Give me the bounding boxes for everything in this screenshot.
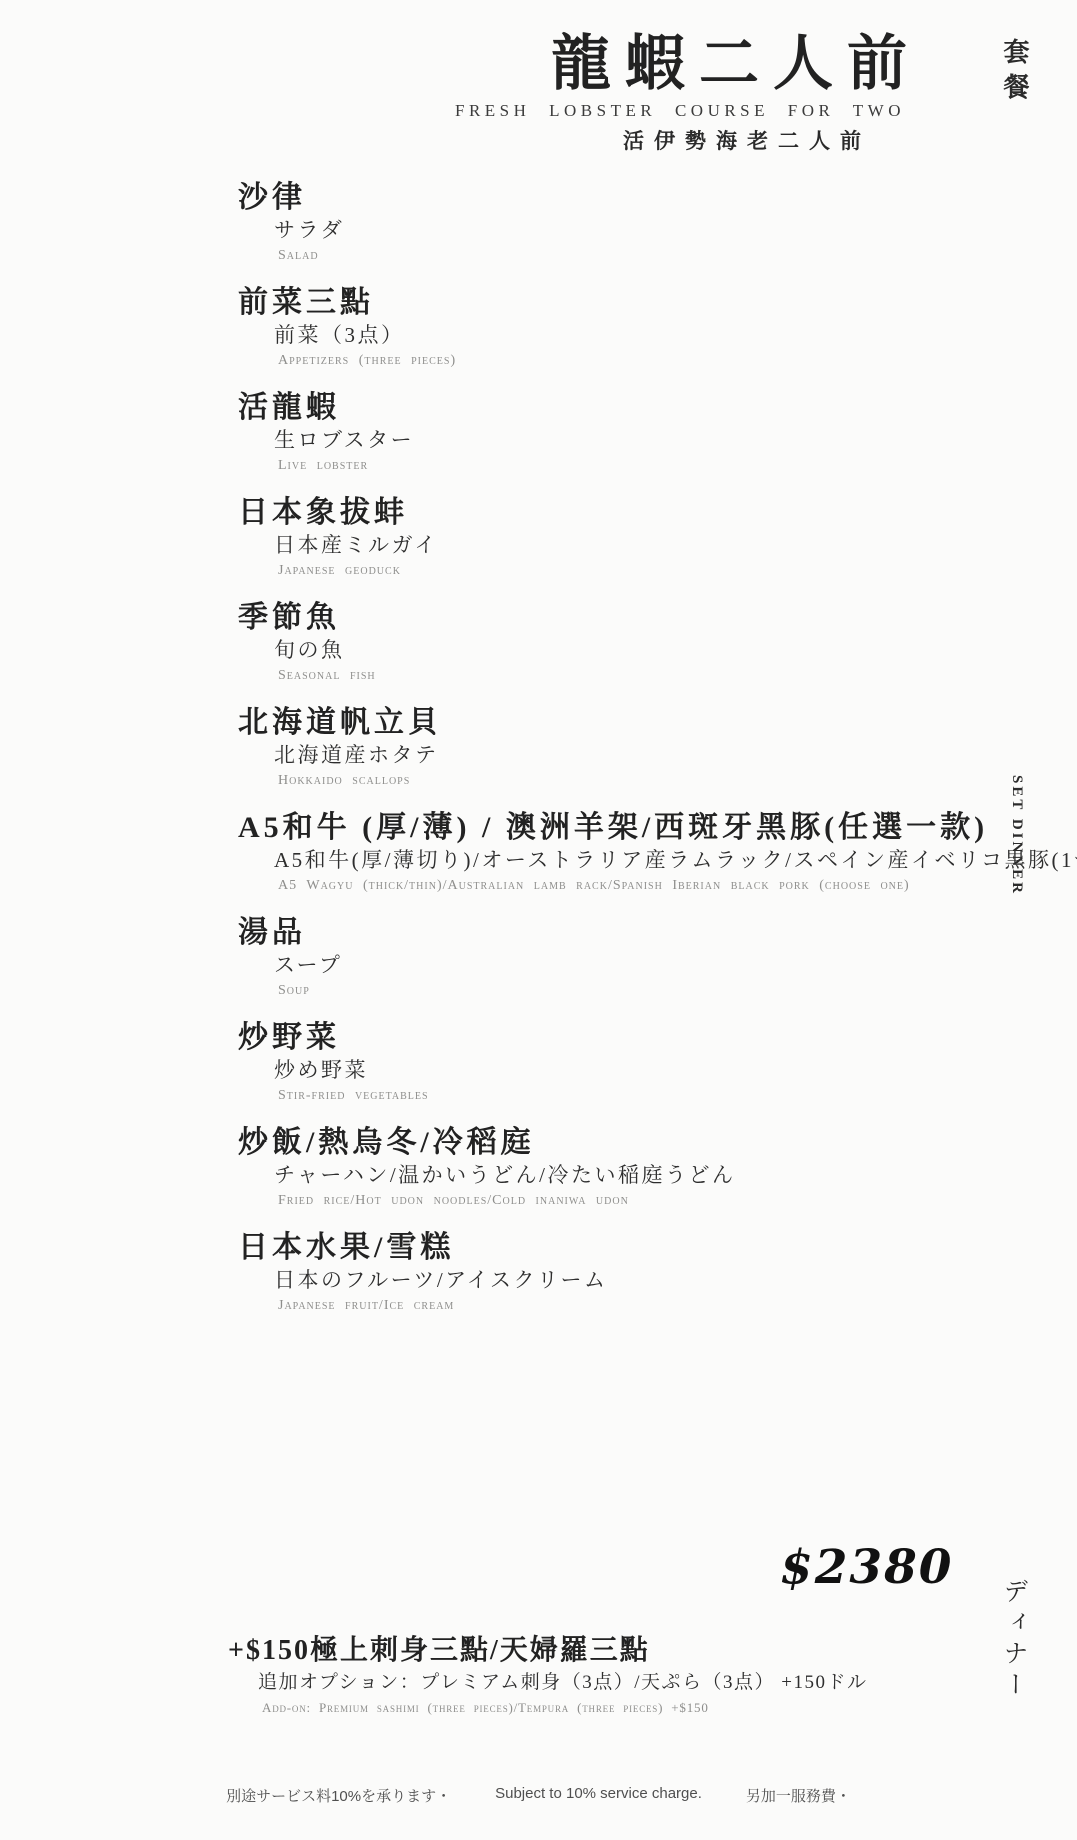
course-name-ja: 日本産ミルガイ <box>274 530 998 561</box>
addon-en: Add-on: Premium sashimi (three pieces)/T… <box>262 1698 867 1718</box>
course-item-stir-fried-vegetables: 炒野菜 炒め野菜 Stir-fried vegetables <box>238 1020 998 1106</box>
menu-subtitle-en: FRESH LOBSTER COURSE FOR TWO <box>455 101 905 121</box>
set-price: $2380 <box>780 1540 954 1595</box>
course-item-live-lobster: 活龍蝦 生ロブスター Live lobster <box>238 390 998 476</box>
course-name-ja: チャーハン/温かいうどん/冷たい稲庭うどん <box>274 1160 998 1191</box>
course-name-ja: 生ロブスター <box>274 425 998 456</box>
course-name-en: Fried rice/Hot udon noodles/Cold inaniwa… <box>278 1191 998 1211</box>
course-item-fruit-ice-cream: 日本水果/雪糕 日本のフルーツ/アイスクリーム Japanese fruit/I… <box>238 1230 998 1316</box>
service-charge-zh: 另加一服務費・ <box>746 1785 851 1806</box>
course-name-en: Stir-fried vegetables <box>278 1086 998 1106</box>
course-name-zh: 活龍蝦 <box>238 390 998 425</box>
course-name-en: Japanese geoduck <box>278 561 998 581</box>
course-name-zh: 湯品 <box>238 915 998 950</box>
service-charge-en: Subject to 10% service charge. <box>495 1785 702 1806</box>
side-label-set-meal-zh: 套餐 <box>996 38 1033 108</box>
course-name-zh: 沙律 <box>238 180 998 215</box>
course-name-ja: 北海道産ホタテ <box>274 740 998 771</box>
course-item-salad: 沙律 サラダ Salad <box>238 180 998 266</box>
addon-ja: 追加オプション：プレミアム刺身（3点）/天ぷら（3点） +150ドル <box>258 1668 867 1698</box>
course-item-geoduck: 日本象拔蚌 日本産ミルガイ Japanese geoduck <box>238 495 998 581</box>
course-item-hokkaido-scallops: 北海道帆立貝 北海道産ホタテ Hokkaido scallops <box>238 705 998 791</box>
menu-subtitle-ja: 活伊勢海老二人前 <box>455 125 871 155</box>
addon-section: +$150極上刺身三點/天婦羅三點 追加オプション：プレミアム刺身（3点）/天ぷ… <box>228 1634 867 1718</box>
course-name-en: Hokkaido scallops <box>278 771 998 791</box>
course-name-en: Salad <box>278 246 998 266</box>
course-name-zh: 日本象拔蚌 <box>238 495 998 530</box>
side-label-dinner-ja: ディナー <box>995 1578 1031 1702</box>
course-name-zh: A5和牛 (厚/薄) / 澳洲羊架/西斑牙黑豚(任選一款) <box>238 810 998 845</box>
course-item-wagyu-lamb-pork: A5和牛 (厚/薄) / 澳洲羊架/西斑牙黑豚(任選一款) A5和牛(厚/薄切り… <box>238 810 998 896</box>
course-item-rice-udon: 炒飯/熱烏冬/冷稻庭 チャーハン/温かいうどん/冷たい稲庭うどん Fried r… <box>238 1125 998 1211</box>
course-name-ja: スープ <box>274 950 998 981</box>
course-list: 沙律 サラダ Salad 前菜三點 前菜（3点） Appetizers (thr… <box>238 180 998 1335</box>
course-name-zh: 炒野菜 <box>238 1020 998 1055</box>
course-name-en: Japanese fruit/Ice cream <box>278 1296 998 1316</box>
course-name-ja: 旬の魚 <box>274 635 998 666</box>
course-name-en: Seasonal fish <box>278 666 998 686</box>
service-charge-note: 別途サービス料10%を承ります・ Subject to 10% service … <box>0 1785 1077 1806</box>
menu-title-zh: 龍蝦二人前 <box>455 30 921 99</box>
course-name-ja: 前菜（3点） <box>274 320 998 351</box>
course-item-appetizers: 前菜三點 前菜（3点） Appetizers (three pieces) <box>238 285 998 371</box>
course-name-zh: 前菜三點 <box>238 285 998 320</box>
course-item-soup: 湯品 スープ Soup <box>238 915 998 1001</box>
course-name-zh: 炒飯/熱烏冬/冷稻庭 <box>238 1125 998 1160</box>
addon-zh: +$150極上刺身三點/天婦羅三點 <box>228 1634 867 1668</box>
menu-header: 龍蝦二人前 FRESH LOBSTER COURSE FOR TWO 活伊勢海老… <box>455 30 907 155</box>
course-name-zh: 日本水果/雪糕 <box>238 1230 998 1265</box>
course-name-ja: 日本のフルーツ/アイスクリーム <box>274 1265 998 1296</box>
course-name-zh: 季節魚 <box>238 600 998 635</box>
course-name-zh: 北海道帆立貝 <box>238 705 998 740</box>
course-name-en: Live lobster <box>278 456 998 476</box>
service-charge-ja: 別途サービス料10%を承ります・ <box>226 1785 451 1806</box>
course-item-seasonal-fish: 季節魚 旬の魚 Seasonal fish <box>238 600 998 686</box>
menu-page: 龍蝦二人前 FRESH LOBSTER COURSE FOR TWO 活伊勢海老… <box>0 0 1077 1840</box>
course-name-en: A5 Wagyu (thick/thin)/Australian lamb ra… <box>278 876 998 896</box>
side-label-set-dinner-en: SET DINNER <box>1008 775 1025 896</box>
course-name-en: Soup <box>278 981 998 1001</box>
course-name-ja: サラダ <box>274 215 998 246</box>
course-name-en: Appetizers (three pieces) <box>278 351 998 371</box>
course-name-ja: 炒め野菜 <box>274 1055 998 1086</box>
course-name-ja: A5和牛(厚/薄切り)/オーストラリア産ラムラック/スペイン産イベリコ黒豚(1つ… <box>274 845 998 876</box>
